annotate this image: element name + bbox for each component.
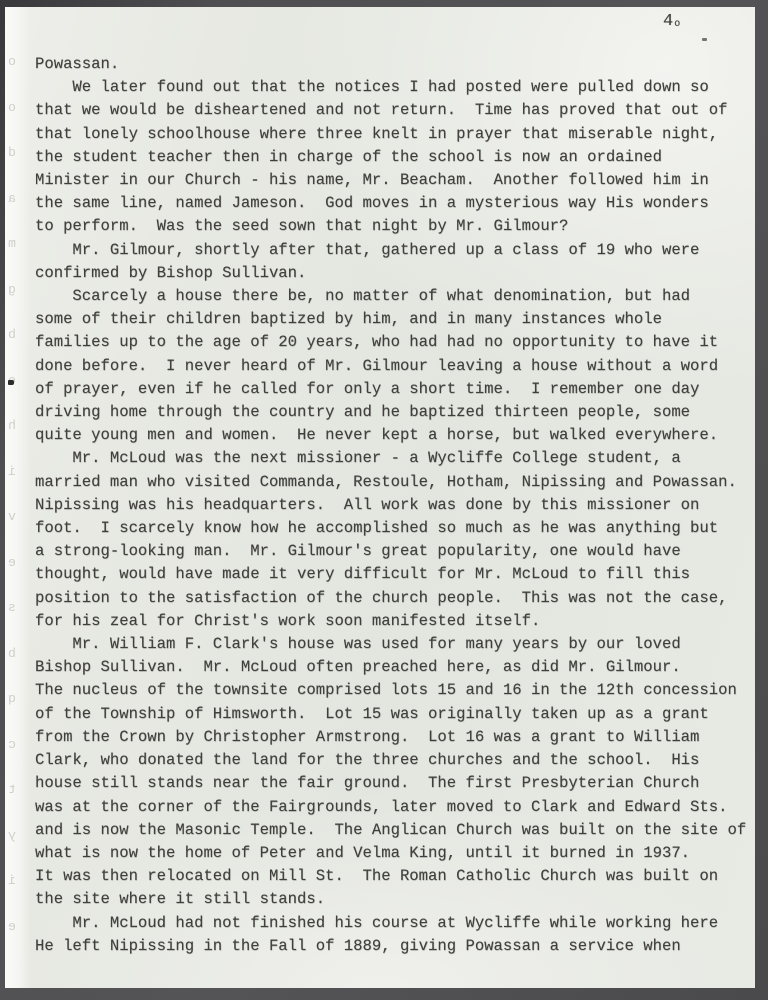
- bleedthrough-glyph: d: [8, 146, 16, 159]
- scanned-page: oodamgbehivesbqctyie 4o Powassan. We lat…: [5, 7, 755, 988]
- page-number-value: 4: [663, 12, 674, 31]
- bleedthrough-glyph: h: [8, 419, 16, 432]
- bleedthrough-glyph: b: [8, 647, 16, 660]
- page-edge-fleck: [8, 380, 14, 385]
- page-number: 4o: [663, 12, 681, 31]
- bleedthrough-glyph: o: [8, 101, 16, 114]
- bleedthrough-glyph: a: [8, 192, 16, 205]
- bleedthrough-glyph: q: [8, 692, 16, 705]
- stray-ink-mark: [702, 38, 707, 41]
- page-number-period-mark: o: [674, 19, 681, 30]
- bleedthrough-glyph: b: [8, 328, 16, 341]
- bleedthrough-glyph: g: [8, 283, 16, 296]
- margin-bleedthrough: oodamgbehivesbqctyie: [6, 7, 24, 988]
- bleedthrough-glyph: v: [8, 510, 16, 523]
- bleedthrough-glyph: s: [8, 601, 16, 614]
- bleedthrough-glyph: i: [8, 874, 16, 887]
- bleedthrough-glyph: e: [8, 920, 16, 933]
- bleedthrough-glyph: y: [8, 829, 16, 842]
- typewritten-text: Powassan. We later found out that the no…: [35, 53, 746, 958]
- bleedthrough-glyph: i: [8, 465, 16, 478]
- bleedthrough-glyph: o: [8, 55, 16, 68]
- bleedthrough-glyph: m: [8, 237, 16, 250]
- bleedthrough-glyph: c: [8, 738, 16, 751]
- bleedthrough-glyph: t: [8, 783, 16, 796]
- bleedthrough-glyph: e: [8, 556, 16, 569]
